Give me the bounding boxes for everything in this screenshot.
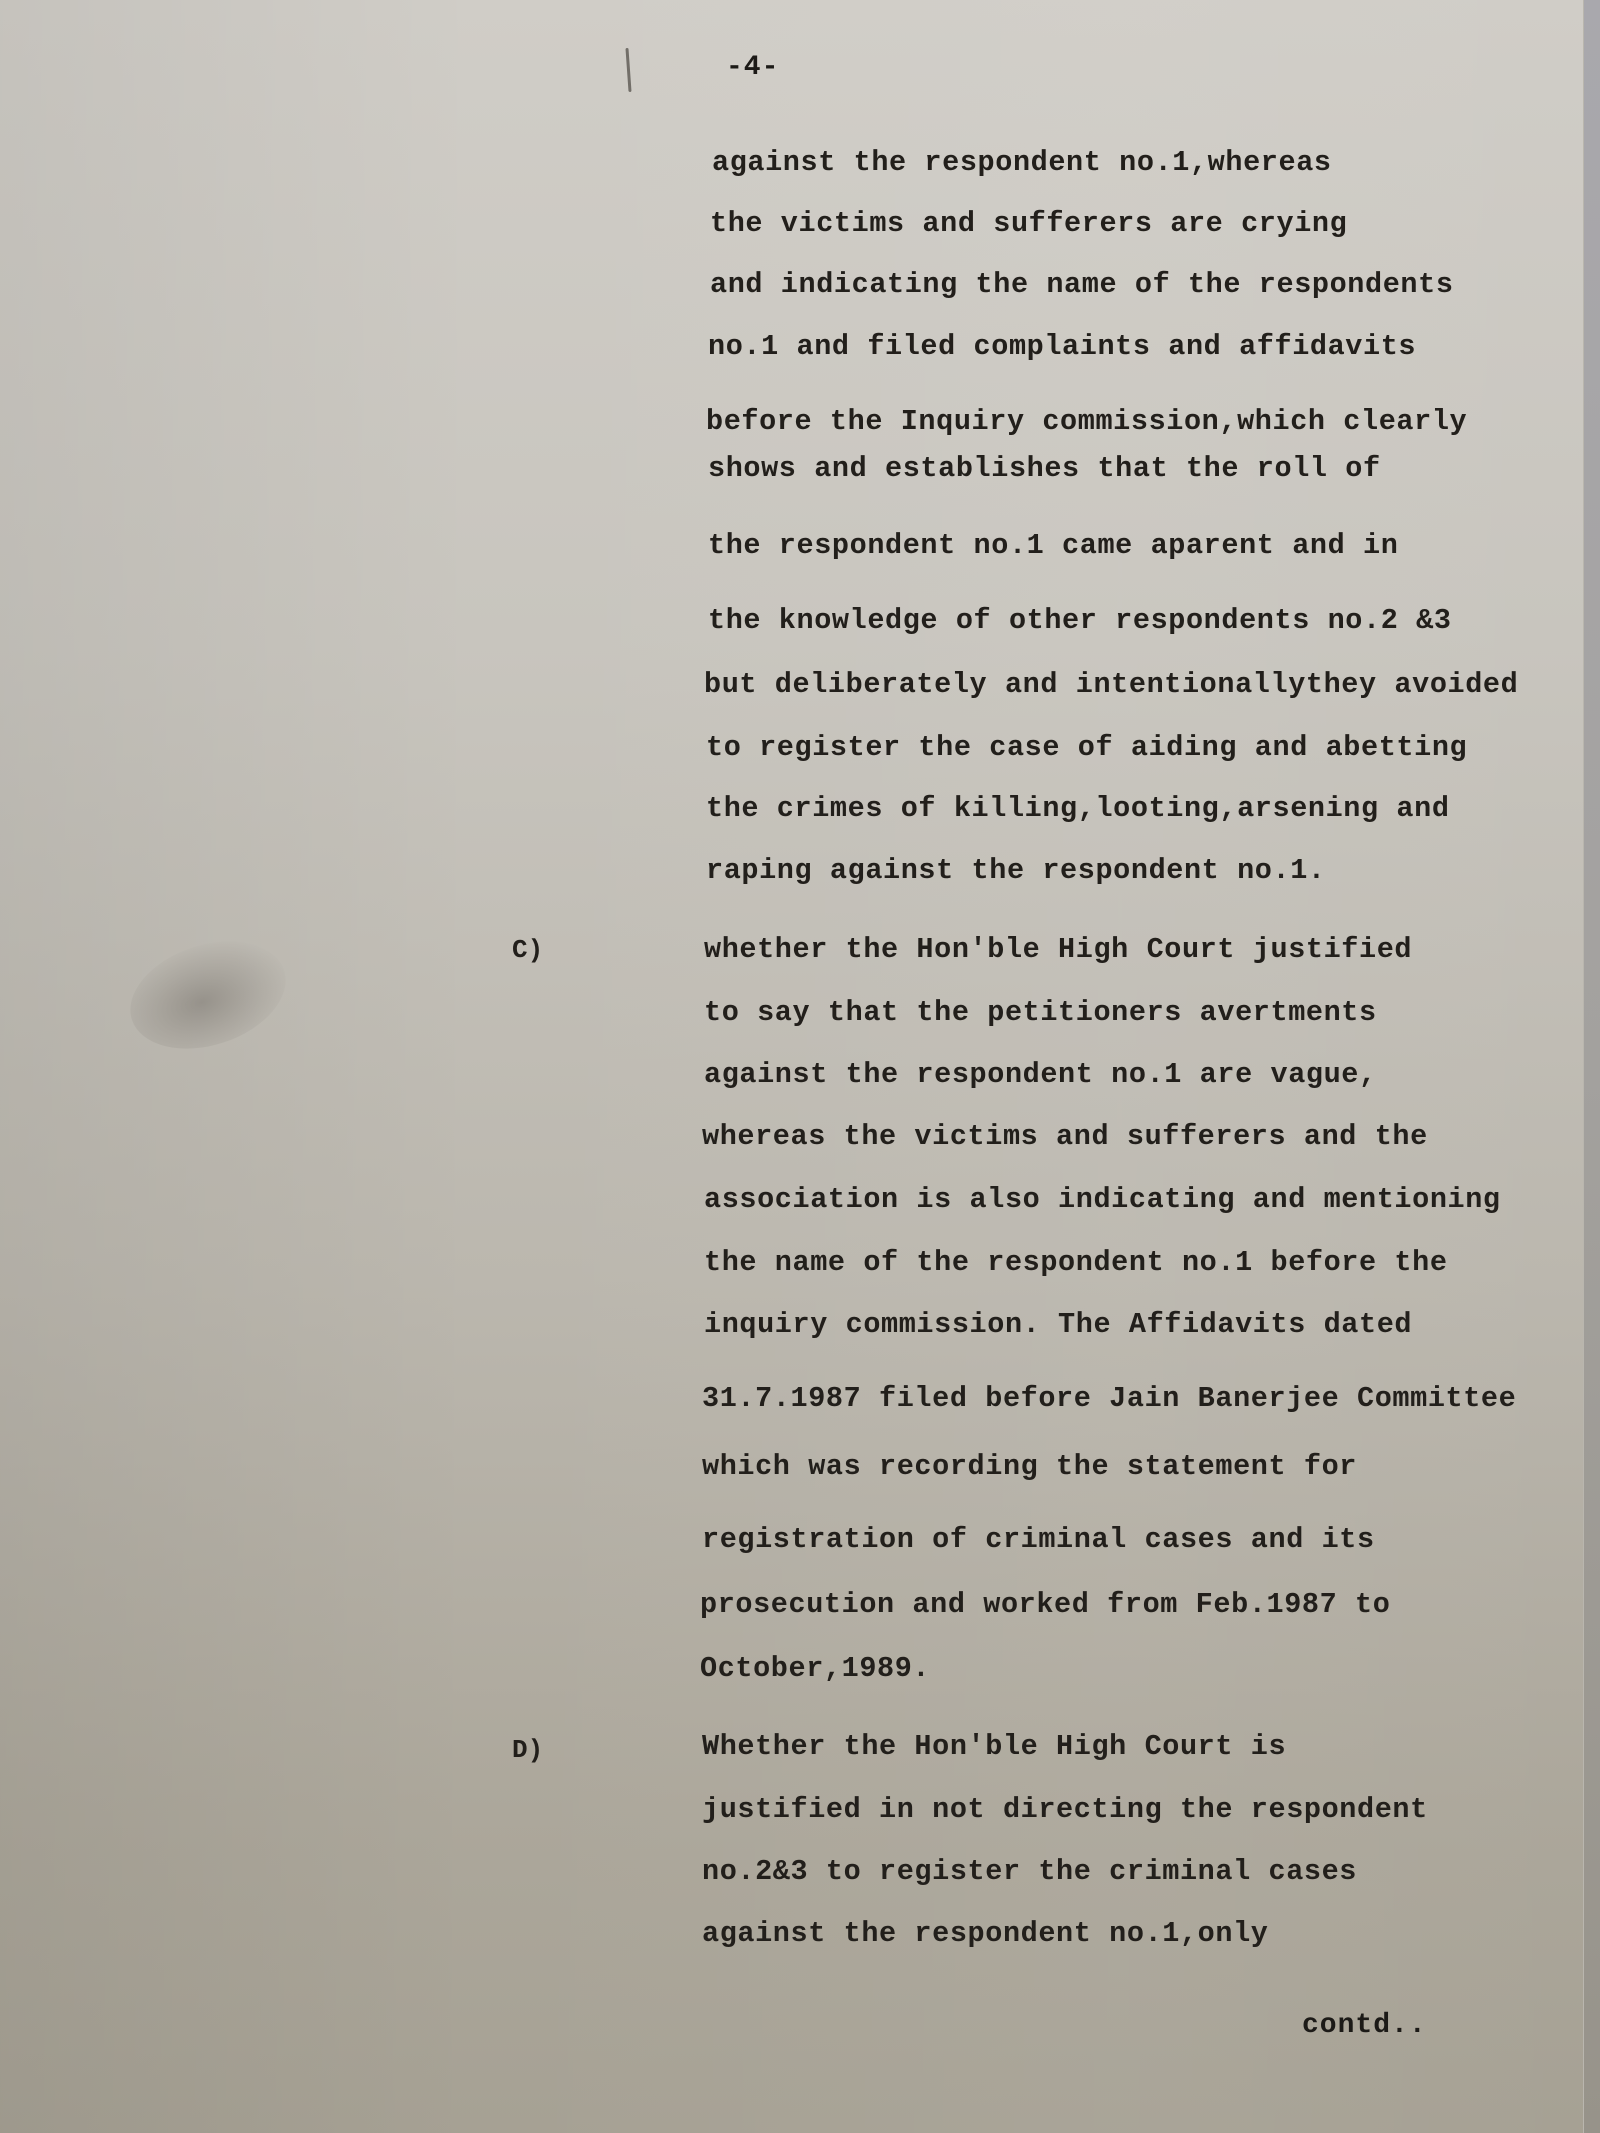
text-line: raping against the respondent no.1.	[706, 854, 1326, 887]
text-line: Whether the Hon'ble High Court is	[702, 1730, 1286, 1763]
text-line: whereas the victims and sufferers and th…	[702, 1120, 1428, 1153]
text-line: against the respondent no.1,whereas	[712, 146, 1332, 179]
text-line: no.1 and filed complaints and affidavits	[708, 330, 1416, 363]
text-line: before the Inquiry commission,which clea…	[706, 405, 1467, 438]
text-line: whether the Hon'ble High Court justified	[704, 933, 1412, 966]
text-line: against the respondent no.1 are vague,	[704, 1058, 1377, 1091]
text-line: 31.7.1987 filed before Jain Banerjee Com…	[702, 1382, 1516, 1415]
page-number: -4-	[726, 52, 779, 83]
text-line: and indicating the name of the responden…	[710, 268, 1454, 301]
text-line: inquiry commission. The Affidavits dated	[704, 1308, 1412, 1341]
section-label: D)	[512, 1735, 543, 1765]
text-line: association is also indicating and menti…	[704, 1183, 1501, 1216]
ink-smudge	[116, 923, 299, 1068]
text-line: prosecution and worked from Feb.1987 to	[700, 1588, 1390, 1621]
page-edge	[1583, 0, 1600, 2133]
text-line: justified in not directing the responden…	[702, 1793, 1428, 1826]
text-line: against the respondent no.1,only	[702, 1917, 1269, 1950]
text-line: to say that the petitioners avertments	[704, 996, 1377, 1029]
text-line: the victims and sufferers are crying	[710, 207, 1347, 240]
pen-mark	[625, 48, 631, 92]
continued-marker: contd..	[1302, 2010, 1427, 2041]
text-line: October,1989.	[700, 1652, 930, 1685]
text-line: the name of the respondent no.1 before t…	[704, 1246, 1448, 1279]
text-line: but deliberately and intentionallythey a…	[704, 668, 1518, 701]
text-line: the respondent no.1 came aparent and in	[708, 529, 1398, 562]
text-line: the knowledge of other respondents no.2 …	[708, 604, 1452, 637]
text-line: the crimes of killing,looting,arsening a…	[706, 792, 1450, 825]
text-line: to register the case of aiding and abett…	[706, 731, 1467, 764]
text-line: shows and establishes that the roll of	[708, 452, 1381, 485]
section-label: C)	[512, 935, 543, 965]
text-line: which was recording the statement for	[702, 1450, 1357, 1483]
text-line: registration of criminal cases and its	[702, 1523, 1375, 1556]
text-line: no.2&3 to register the criminal cases	[702, 1855, 1357, 1888]
